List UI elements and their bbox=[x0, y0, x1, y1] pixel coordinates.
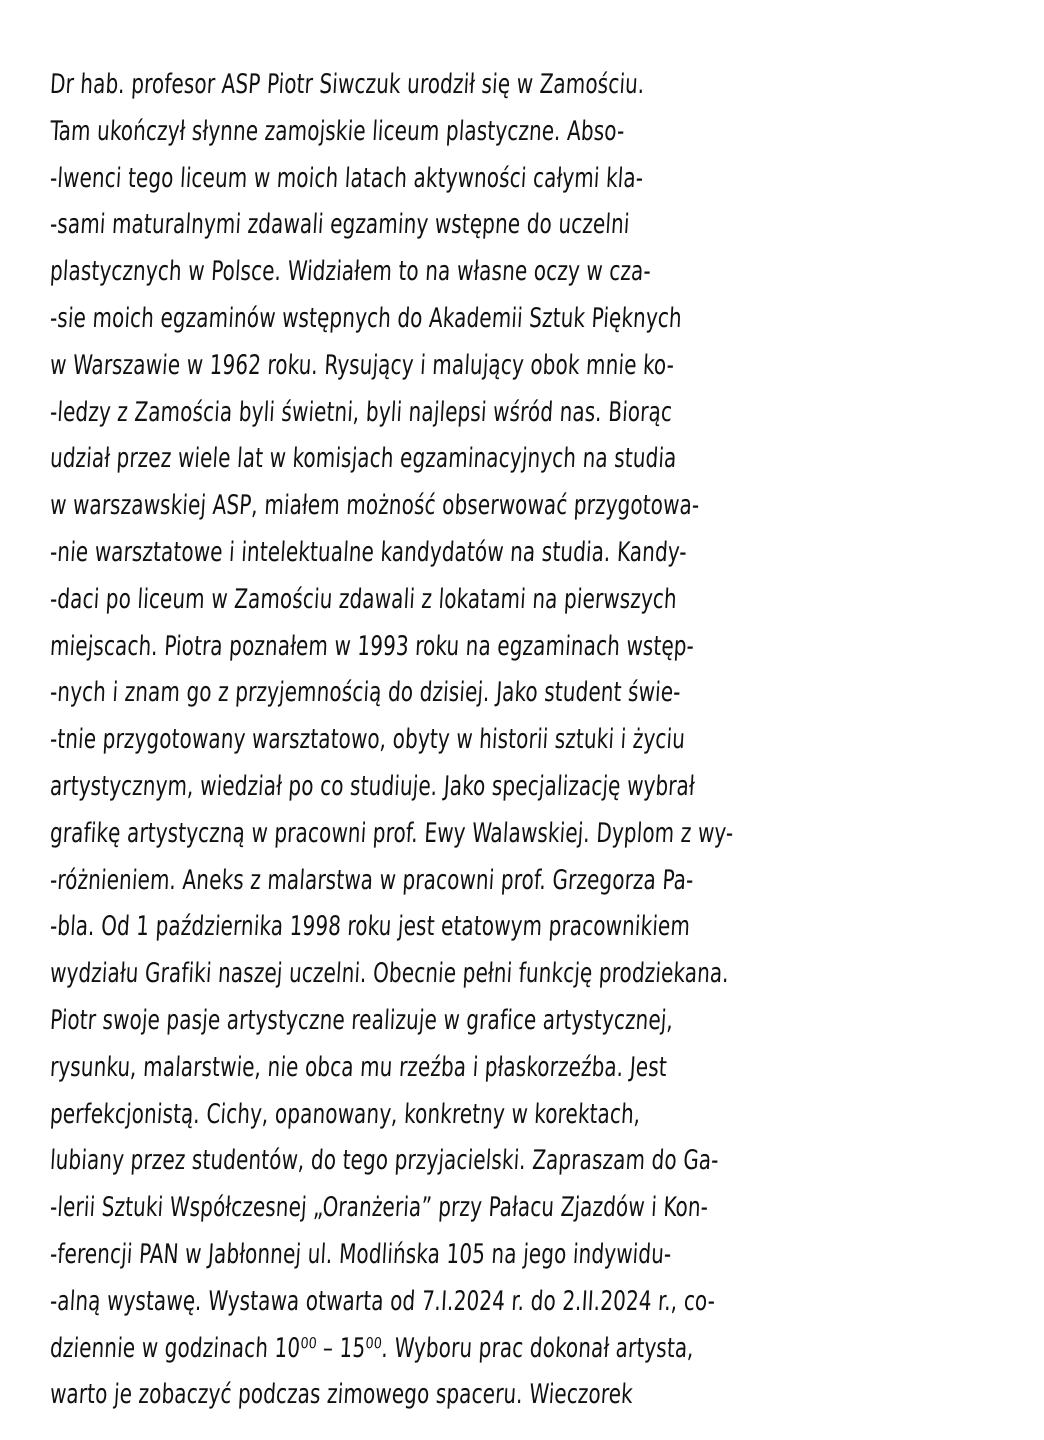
handwritten-page: Dr hab. profesor ASP Piotr Siwczuk urodz… bbox=[0, 0, 1044, 1440]
handwritten-text-block: Dr hab. profesor ASP Piotr Siwczuk urodz… bbox=[50, 62, 990, 1419]
text-line: -lerii Sztuki Współczesnej „Oranżeria” p… bbox=[50, 1185, 990, 1232]
text-line: plastycznych w Polsce. Widziałem to na w… bbox=[50, 249, 990, 296]
text-line: Dr hab. profesor ASP Piotr Siwczuk urodz… bbox=[50, 62, 990, 109]
text-line: artystycznym, wiedział po co studiuje. J… bbox=[50, 764, 990, 811]
text-line: -różnieniem. Aneks z malarstwa w pracown… bbox=[50, 858, 990, 905]
signature-line: warto je zobaczyć podczas zimowego space… bbox=[50, 1372, 990, 1419]
text-line: wydziału Grafiki naszej uczelni. Obecnie… bbox=[50, 951, 990, 998]
text-line: w Warszawie w 1962 roku. Rysujący i malu… bbox=[50, 343, 990, 390]
text-line: -sami maturalnymi zdawali egzaminy wstęp… bbox=[50, 202, 990, 249]
text-line: -daci po liceum w Zamościu zdawali z lok… bbox=[50, 577, 990, 624]
text-line: miejscach. Piotra poznałem w 1993 roku n… bbox=[50, 624, 990, 671]
text-line: -ledzy z Zamościa byli świetni, byli naj… bbox=[50, 390, 990, 437]
text-line: perfekcjonistą. Cichy, opanowany, konkre… bbox=[50, 1092, 990, 1139]
text-line: -sie moich egzaminów wstępnych do Akadem… bbox=[50, 296, 990, 343]
text-line: -nie warsztatowe i intelektualne kandyda… bbox=[50, 530, 990, 577]
text-line: dziennie w godzinach 10⁰⁰ – 15⁰⁰. Wyboru… bbox=[50, 1326, 990, 1373]
text-line: -tnie przygotowany warsztatowo, obyty w … bbox=[50, 717, 990, 764]
text-line: -nych i znam go z przyjemnością do dzisi… bbox=[50, 670, 990, 717]
text-line: rysunku, malarstwie, nie obca mu rzeźba … bbox=[50, 1045, 990, 1092]
text-line: grafikę artystyczną w pracowni prof. Ewy… bbox=[50, 811, 990, 858]
text-line: -lwenci tego liceum w moich latach aktyw… bbox=[50, 156, 990, 203]
text-line: -ferencji PAN w Jabłonnej ul. Modlińska … bbox=[50, 1232, 990, 1279]
text-line: w warszawskiej ASP, miałem możność obser… bbox=[50, 483, 990, 530]
text-line: -bla. Od 1 października 1998 roku jest e… bbox=[50, 904, 990, 951]
text-line: lubiany przez studentów, do tego przyjac… bbox=[50, 1138, 990, 1185]
text-line: -alną wystawę. Wystawa otwarta od 7.I.20… bbox=[50, 1279, 990, 1326]
text-line: Piotr swoje pasje artystyczne realizuje … bbox=[50, 998, 990, 1045]
text-line: udział przez wiele lat w komisjach egzam… bbox=[50, 436, 990, 483]
text-line: Tam ukończył słynne zamojskie liceum pla… bbox=[50, 109, 990, 156]
